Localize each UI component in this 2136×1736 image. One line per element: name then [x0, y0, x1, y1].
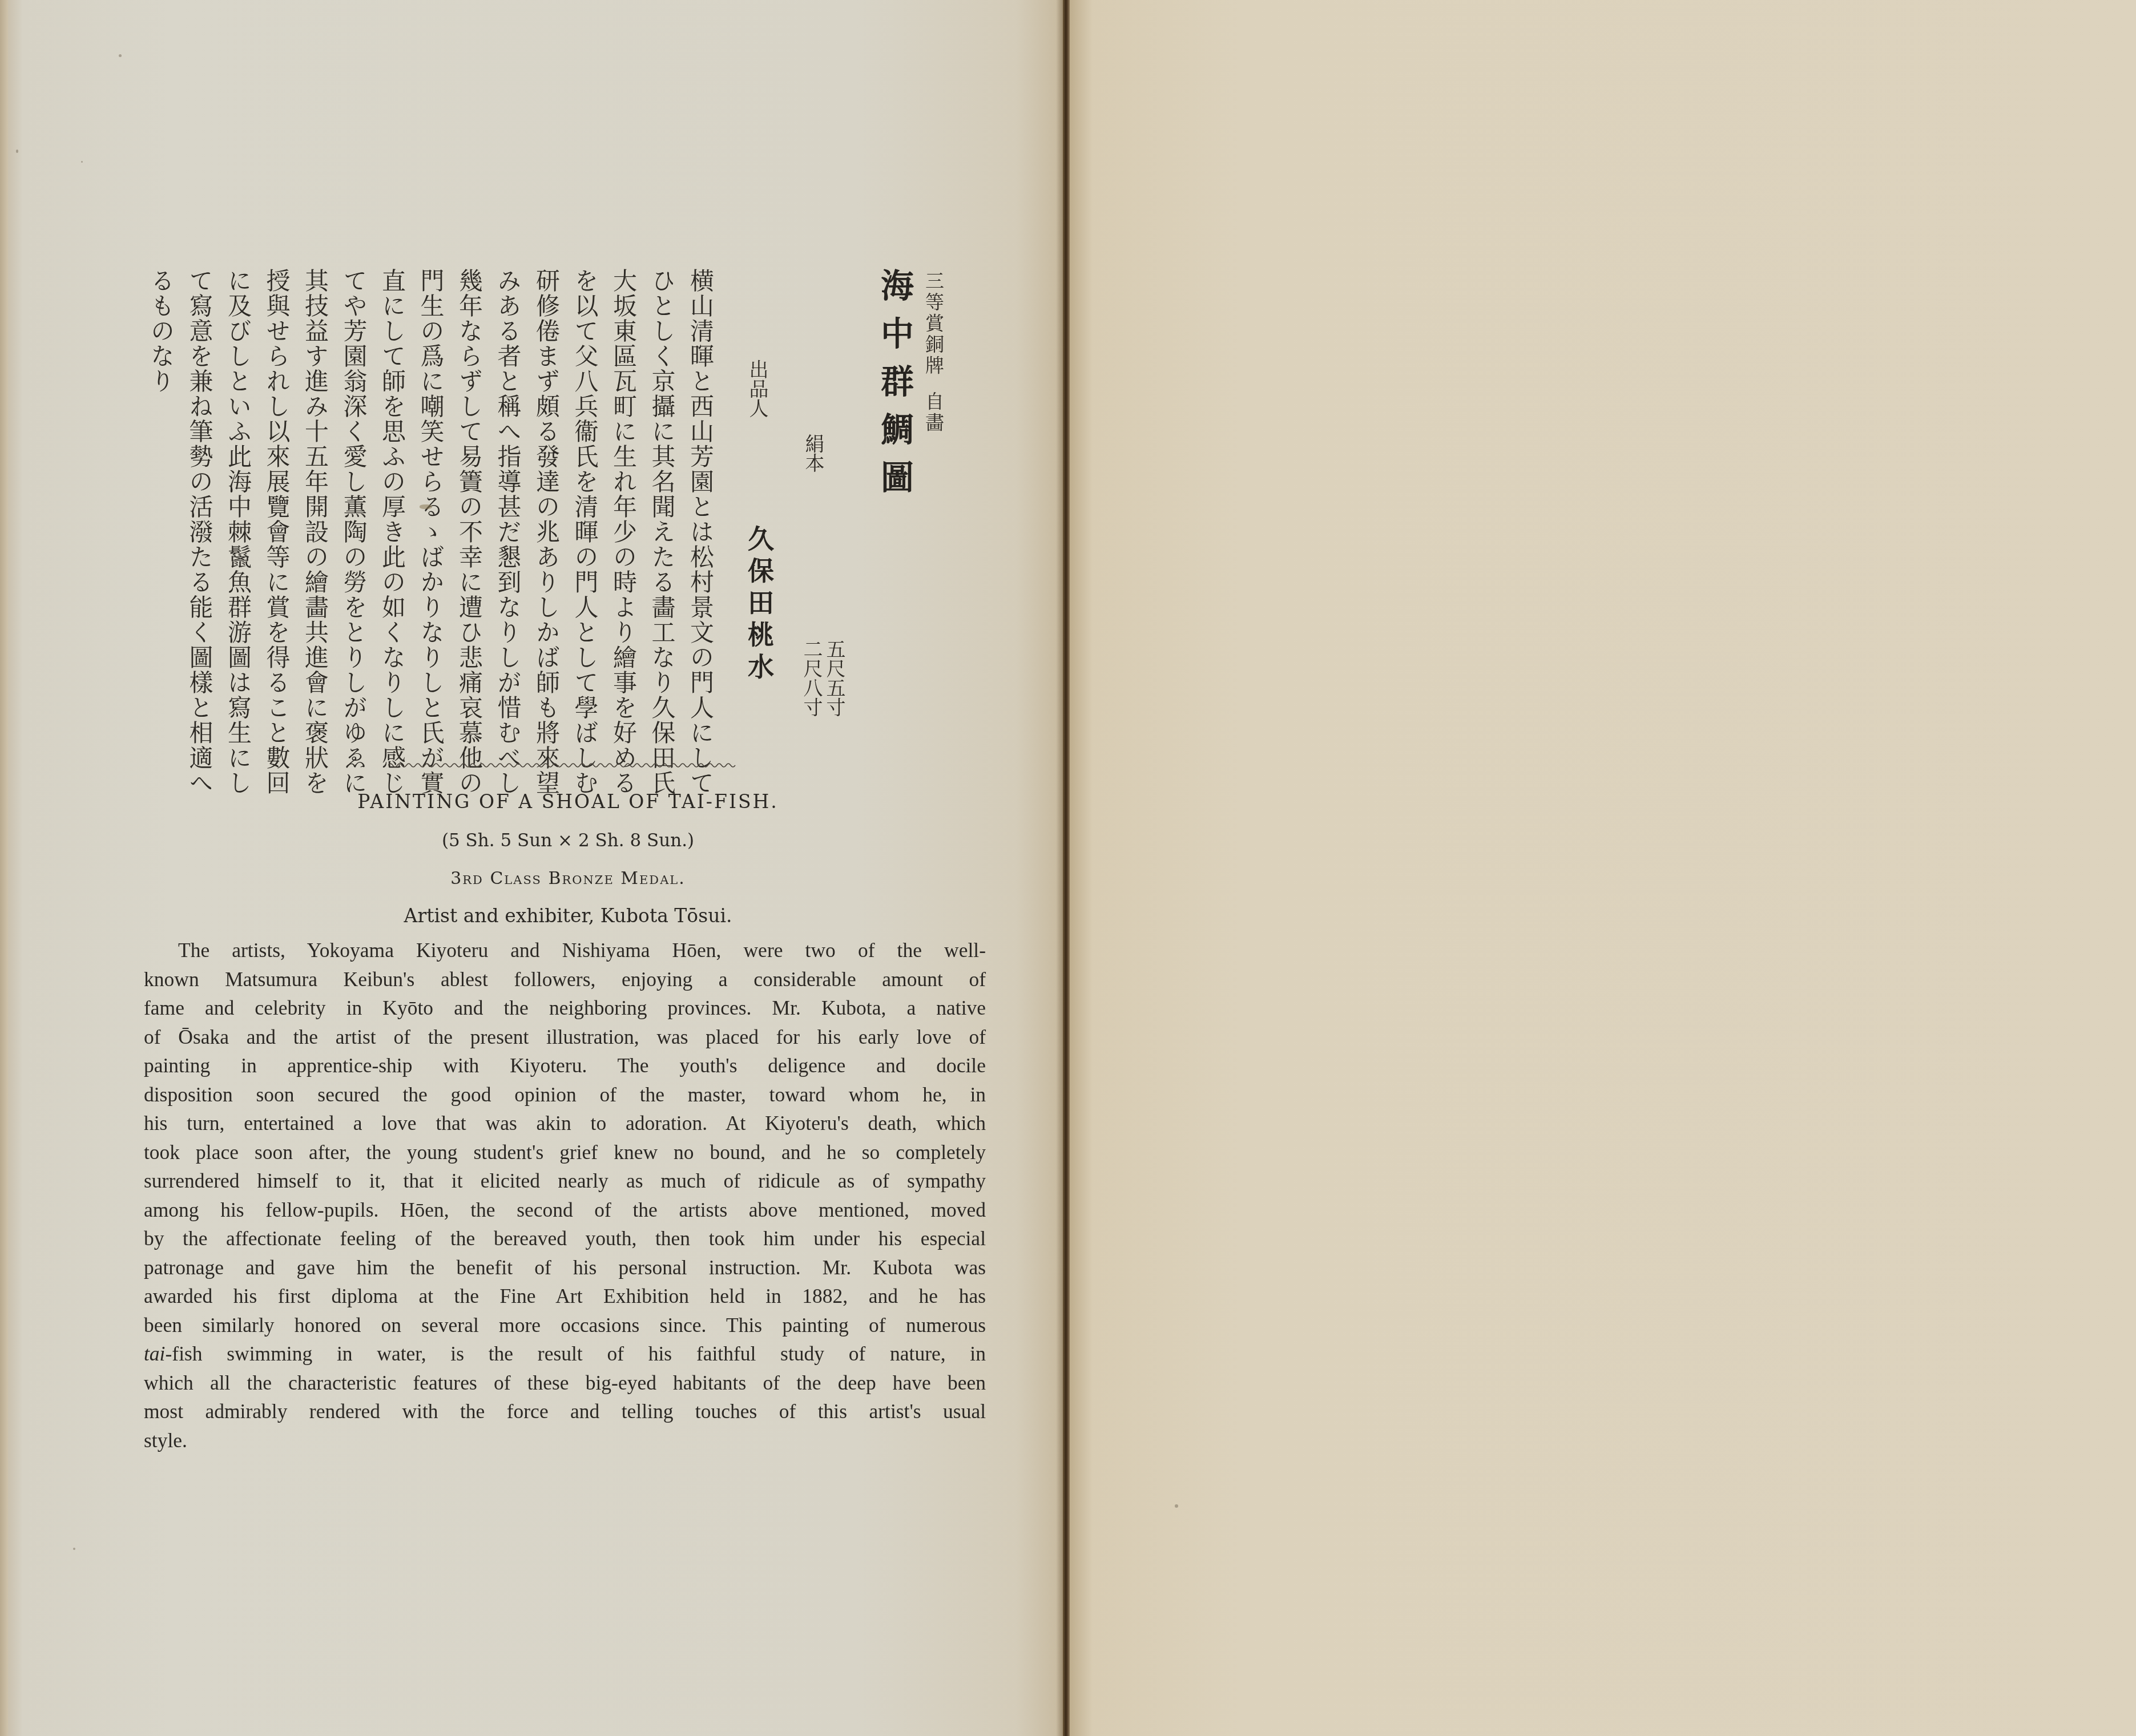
jp-column: 授與せられし以來展覽會等に賞を得ること數回	[261, 268, 293, 782]
en-body-line: been similarly honored on several more o…	[144, 1311, 986, 1340]
jp-column: 門生の爲に嘲笑せらるゝばかりなりしと氏が實	[415, 268, 447, 782]
right-page	[1070, 0, 2136, 1736]
jp-column: 大坂東區瓦町に生れ年少の時より繪事を好める	[607, 268, 639, 782]
en-body-line: style.	[144, 1426, 986, 1455]
jp-column: 其技益す進み十五年開設の繪畵共進會に褒狀を	[299, 268, 331, 782]
jp-self-painted: 自畵	[922, 391, 945, 434]
jp-column: 横山清暉と西山芳園とは松村景文の門人にして	[684, 268, 716, 782]
en-body-line: known Matsumura Keibun's ablest follower…	[144, 965, 986, 994]
en-body-line: patronage and gave him the benefit of hi…	[144, 1253, 986, 1282]
jp-exhibitor-name: 久保田桃水	[740, 525, 778, 685]
jp-column: を以て父八兵衞氏を清暉の門人として學ばしむ	[569, 268, 601, 782]
jp-column: 幾年ならずして易簀の不幸に遭ひ悲痛哀慕他の	[453, 268, 485, 782]
jp-title: 海中群鯛圖	[870, 268, 918, 508]
en-body-line: fame and celebrity in Kyōto and the neig…	[144, 994, 986, 1023]
paper-speck	[1175, 1504, 1178, 1508]
en-body: The artists, Yokoyama Kiyoteru and Nishi…	[144, 936, 986, 1455]
jp-award-line: 三等賞銅牌自畵	[920, 271, 947, 434]
en-body-line: disposition soon secured the good opinio…	[144, 1080, 986, 1109]
en-medal: 3rd Class Bronze Medal.	[342, 869, 793, 889]
jp-column: るものなり	[145, 268, 177, 782]
paper-speck	[119, 54, 122, 57]
jp-size-width: 二尺八寸	[801, 639, 821, 717]
paper-speck	[73, 1548, 75, 1550]
en-body-line: most admirably rendered with the force a…	[144, 1397, 986, 1426]
en-body-line: among his fellow-pupils. Hōen, the secon…	[144, 1196, 986, 1225]
en-body-line: of Ōsaka and the artist of the present i…	[144, 1023, 986, 1052]
jp-body: 横山清暉と西山芳園とは松村景文の門人にして ひとしく京攝に其名聞えたる畵工なり久…	[188, 268, 716, 782]
book-spread: 三等賞銅牌自畵 海中群鯛圖 絹本 五尺五寸 二尺八寸 出品人 久保田桃水 横山清…	[0, 0, 2136, 1736]
jp-column: てや芳園翁深く愛し薫陶の勞をとりしがゆゑに	[338, 268, 370, 782]
jp-column: て寫意を兼ね筆勢の活潑たる能く圖樣と相適へ	[184, 268, 216, 782]
en-body-line: surrendered himself to it, that it elici…	[144, 1166, 986, 1196]
jp-column: ひとしく京攝に其名聞えたる畵工なり久保田氏	[646, 268, 678, 782]
en-body-line: by the affectionate feeling of the berea…	[144, 1224, 986, 1253]
en-body-line: his turn, entertained a love that was ak…	[144, 1109, 986, 1138]
en-body-line: which all the characteristic features of…	[144, 1368, 986, 1398]
en-body-line: awarded his first diploma at the Fine Ar…	[144, 1282, 986, 1311]
book-gutter	[1063, 0, 1070, 1736]
paper-speck	[81, 161, 83, 163]
en-title: PAINTING OF A SHOAL OF TAI-FISH.	[342, 790, 793, 813]
jp-column: みある者と稱へ指導甚だ懇到なりしが惜むべし	[492, 268, 524, 782]
jp-material: 絹本	[802, 434, 824, 473]
en-body-line: tai-fish swimming in water, is the resul…	[144, 1339, 986, 1368]
en-body-line: The artists, Yokoyama Kiyoteru and Nishi…	[144, 936, 986, 965]
jp-column: に及びしといふ此海中棘鬣魚群游圖は寫生にし	[222, 268, 254, 782]
en-body-line: took place soon after, the young student…	[144, 1138, 986, 1167]
jp-size-height: 五尺五寸	[824, 639, 844, 717]
en-body-line: painting in apprentice-ship with Kiyoter…	[144, 1051, 986, 1080]
jp-exhibitor-label: 出品人	[743, 360, 771, 418]
jp-award: 三等賞銅牌	[922, 271, 945, 377]
jp-column: 直にして師を思ふの厚き此の如くなりしに感じ	[376, 268, 408, 782]
paper-speck	[16, 150, 18, 153]
wavy-divider	[388, 760, 736, 768]
en-artist: Artist and exhibiter, Kubota Tōsui.	[342, 905, 793, 927]
jp-column: 研修倦まず頗る發達の兆ありしかば師も將來望	[530, 268, 562, 782]
jp-size: 五尺五寸 二尺八寸	[801, 639, 844, 717]
paper-speck	[420, 504, 432, 509]
en-size: (5 Sh. 5 Sun × 2 Sh. 8 Sun.)	[342, 830, 793, 851]
left-page: 三等賞銅牌自畵 海中群鯛圖 絹本 五尺五寸 二尺八寸 出品人 久保田桃水 横山清…	[0, 0, 1063, 1736]
